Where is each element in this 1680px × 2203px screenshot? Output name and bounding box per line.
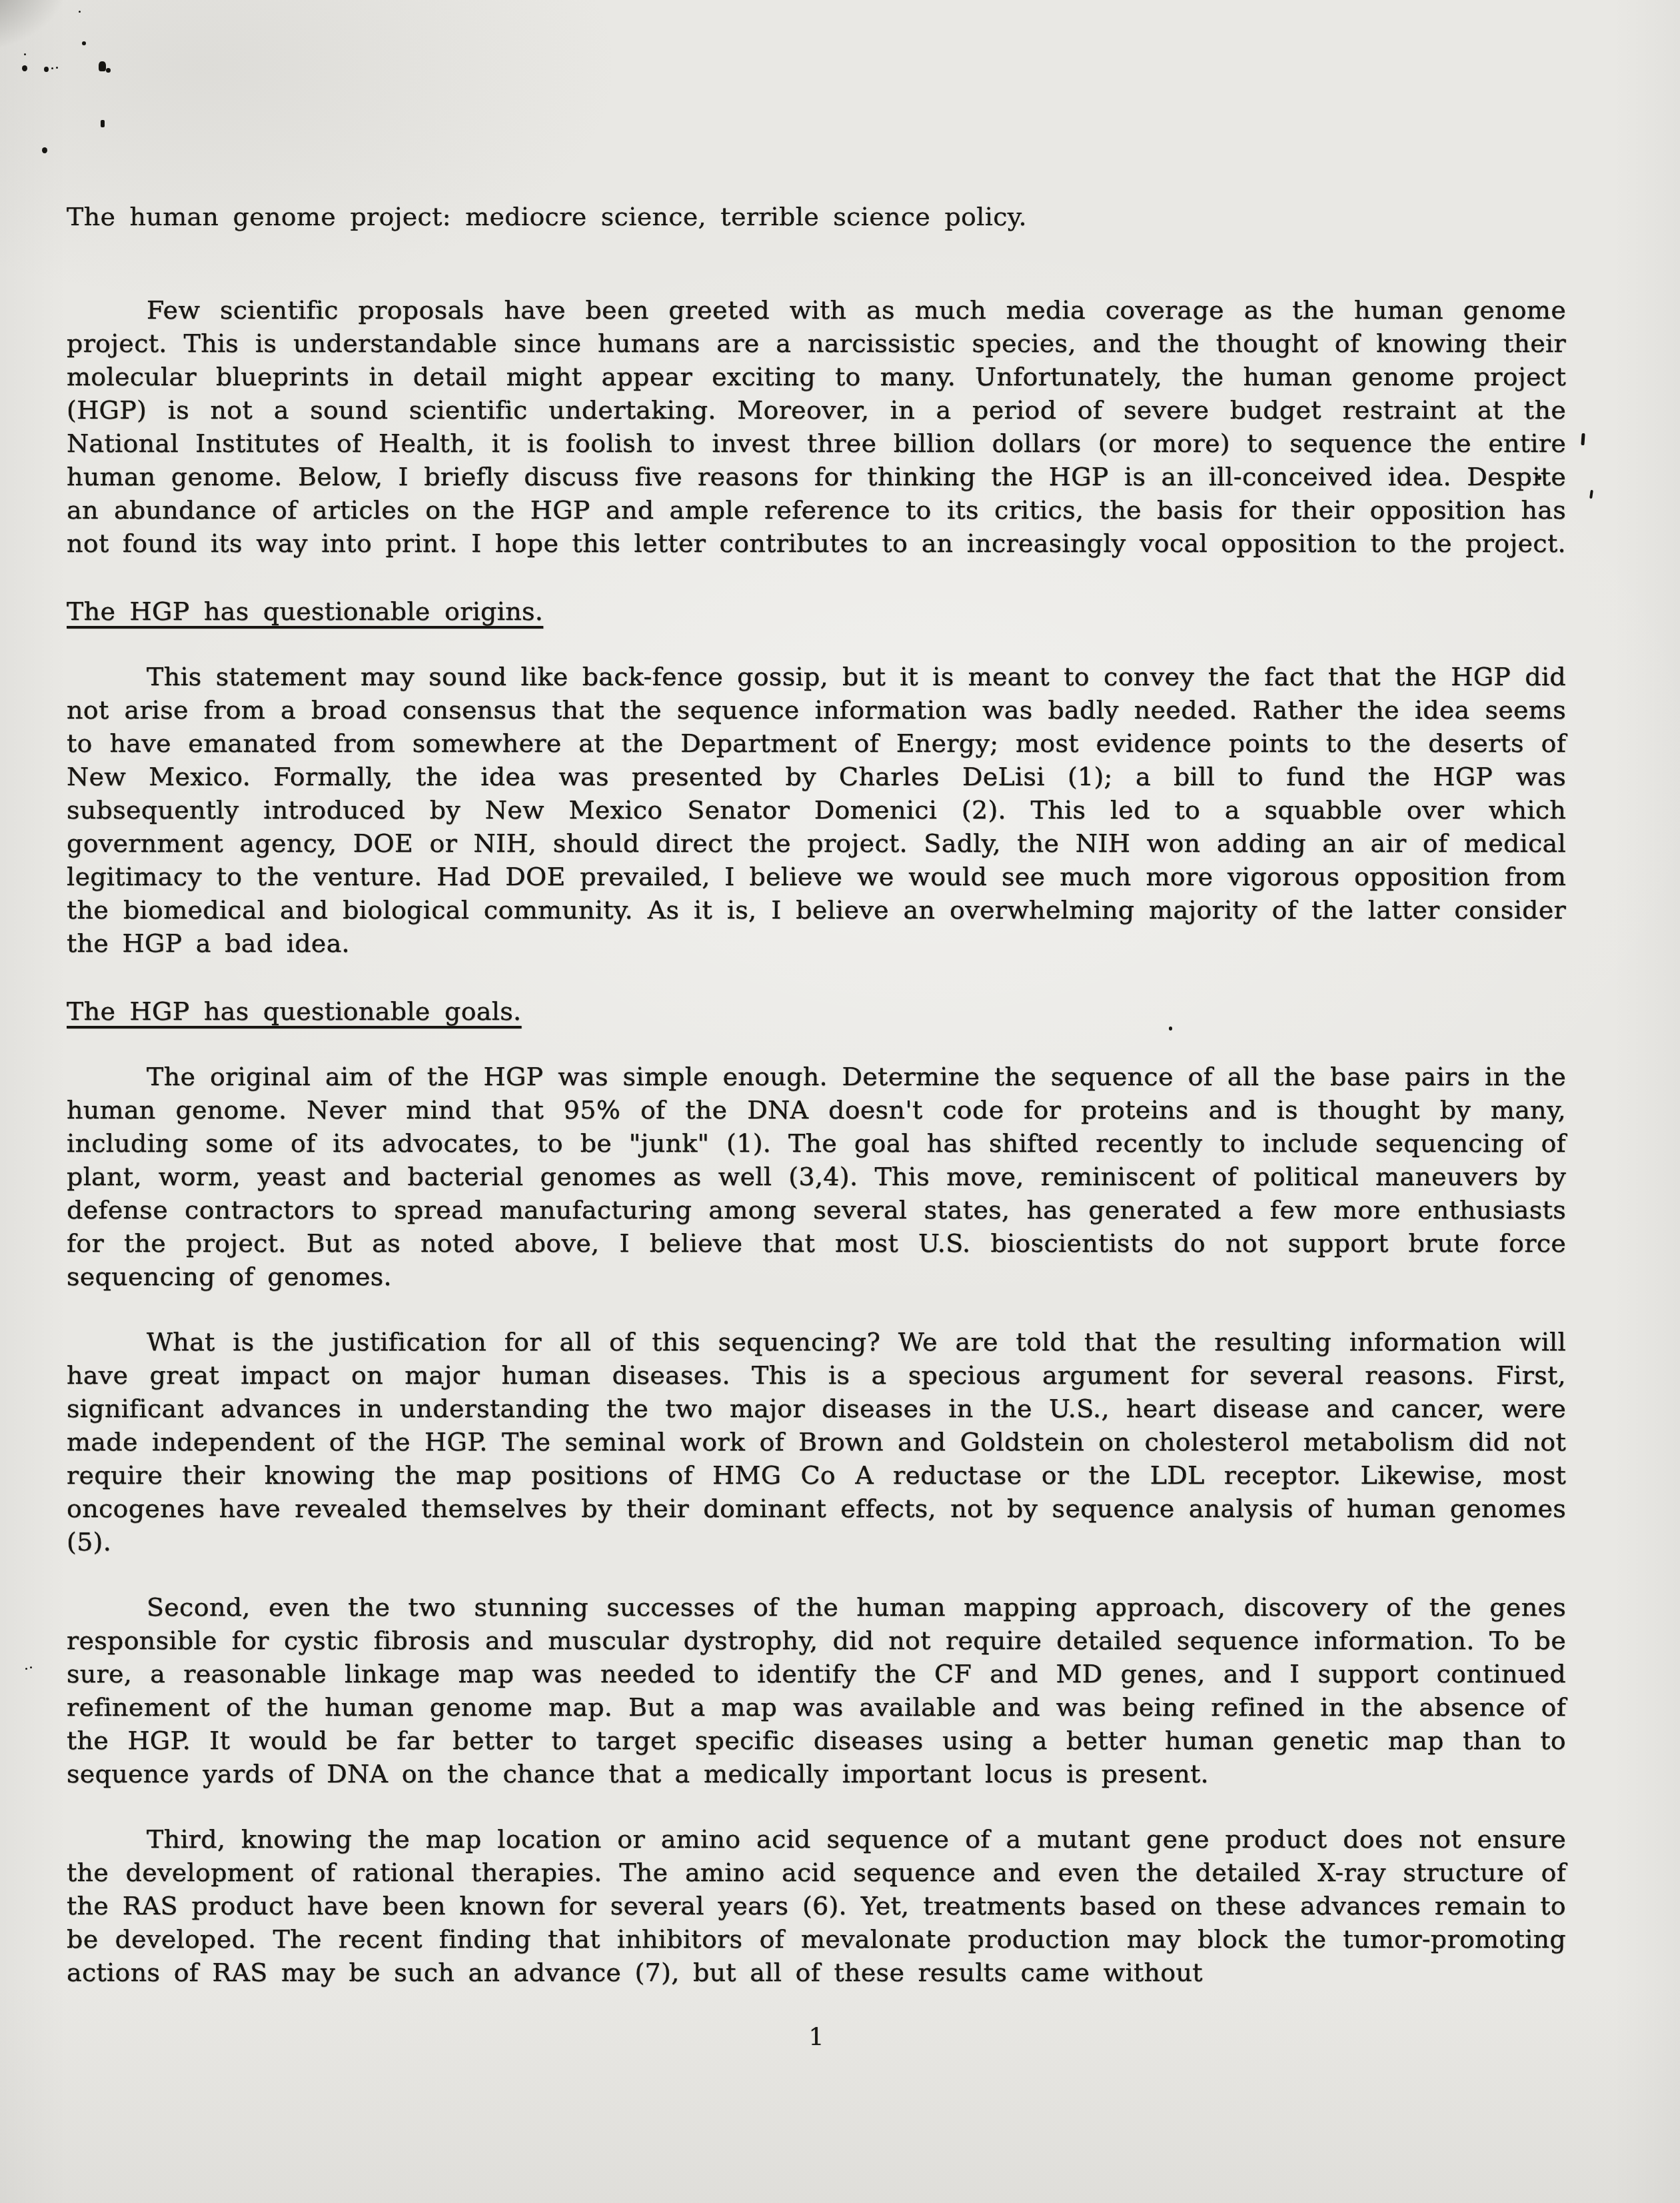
intro-paragraph: Few scientific proposals have been greet… bbox=[67, 293, 1566, 560]
scan-speck bbox=[82, 41, 86, 45]
justification-paragraph: What is the justification for all of thi… bbox=[67, 1325, 1566, 1558]
scan-speck bbox=[106, 68, 111, 73]
scan-speck bbox=[30, 1666, 32, 1668]
scan-speck bbox=[1589, 490, 1593, 499]
heading-questionable-goals: The HGP has questionable goals. bbox=[67, 995, 1566, 1028]
scan-speck bbox=[99, 61, 106, 71]
scan-speck bbox=[56, 67, 58, 69]
heading-questionable-origins: The HGP has questionable origins. bbox=[67, 595, 1566, 628]
scan-speck bbox=[79, 11, 81, 13]
page-number: 1 bbox=[67, 2021, 1566, 2054]
scan-speck bbox=[22, 65, 27, 71]
scanned-letter-page: The human genome project: mediocre scien… bbox=[0, 0, 1680, 2203]
third-reason-paragraph: Third, knowing the map location or amino… bbox=[67, 1822, 1566, 1989]
scan-speck bbox=[51, 67, 53, 69]
scan-speck bbox=[25, 1668, 27, 1670]
document-content: The human genome project: mediocre scien… bbox=[67, 200, 1566, 2054]
document-title: The human genome project: mediocre scien… bbox=[67, 200, 1566, 233]
scan-speck bbox=[101, 120, 105, 127]
scan-speck bbox=[24, 53, 26, 55]
goals-paragraph: The original aim of the HGP was simple e… bbox=[67, 1060, 1566, 1293]
scan-speck bbox=[1581, 433, 1585, 445]
scan-speck bbox=[44, 67, 49, 72]
scan-speck bbox=[42, 147, 47, 153]
origins-paragraph: This statement may sound like back-fence… bbox=[67, 660, 1566, 960]
second-reason-paragraph: Second, even the two stunning successes … bbox=[67, 1590, 1566, 1790]
